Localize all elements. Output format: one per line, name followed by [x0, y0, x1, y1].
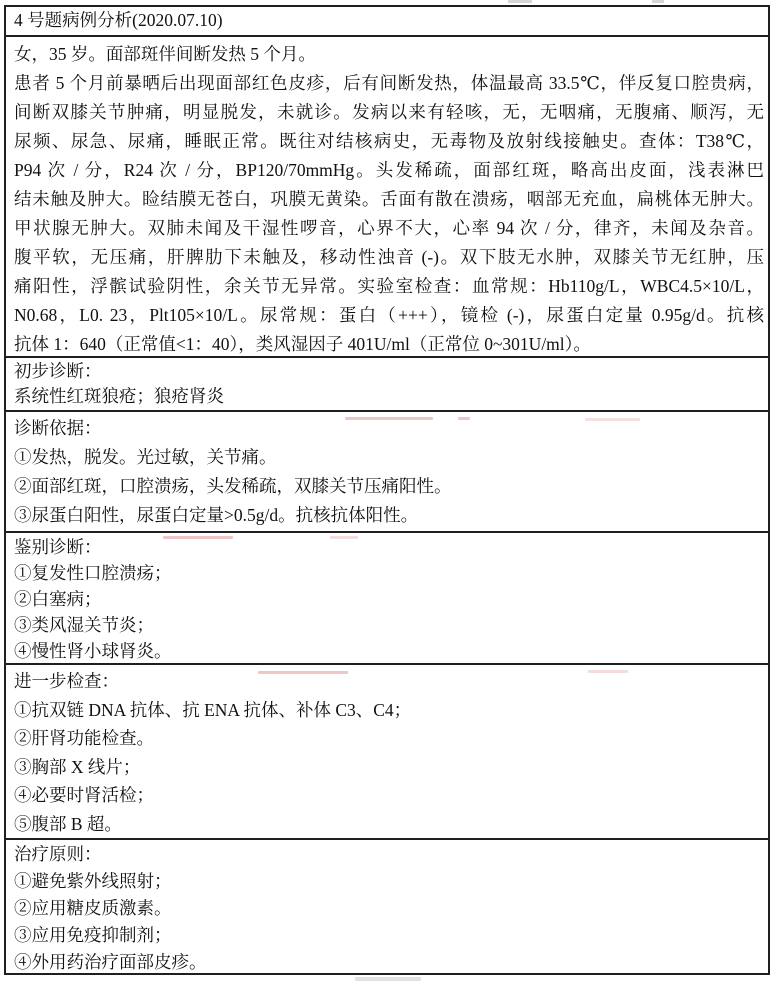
- document-title: 4 号题病例分析(2020.07.10): [14, 10, 223, 30]
- section-item: ③应用免疫抑制剂；: [14, 922, 764, 949]
- section-item: ③类风湿关节炎；: [14, 612, 764, 638]
- section-header: 鉴别诊断：: [14, 534, 764, 560]
- section-item: ②白塞病；: [14, 586, 764, 612]
- section-diagnostic-basis: 诊断依据：①发热，脱发。光过敏，关节痛。②面部红斑，口腔溃疡，头发稀疏，双膝关节…: [6, 410, 768, 531]
- scan-artifact: [258, 671, 348, 674]
- case-text-line: 尿频、尿急、尿痛，睡眠正常。既往对结核病史，无毒物及放射线接触史。查体：T38℃…: [14, 127, 764, 156]
- section-item: ②应用糖皮质激素。: [14, 895, 764, 922]
- case-text-line: 甲状腺无肿大。双肺未闻及干湿性啰音，心界不大，心率 94 次 / 分，律齐，未闻…: [14, 214, 764, 243]
- case-text-line: 间断双膝关节肿痛，明显脱发，未就诊。发病以来有轻咳，无，无咽痛，无腹痛、顺泻，无: [14, 98, 764, 127]
- scan-artifact: [585, 418, 640, 421]
- scan-artifact: [345, 417, 433, 420]
- scan-artifact: [355, 977, 421, 981]
- case-text-line: N0.68，L0. 23，Plt105×10/L。尿常规：蛋白（+++），镜检 …: [14, 301, 764, 330]
- scan-artifact: [163, 536, 233, 539]
- separator-gap: [600, 410, 760, 413]
- section-header: 初步诊断：: [14, 359, 764, 384]
- section-item: ④必要时肾活检；: [14, 781, 764, 810]
- case-text-line: 患者 5 个月前暴晒后出现面部红色皮疹，后有间断发热，体温最高 33.5℃，伴反…: [14, 69, 764, 98]
- section-header: 治疗原则：: [14, 841, 764, 868]
- scan-artifact: [588, 670, 628, 673]
- scan-artifact: [330, 536, 358, 539]
- section-item: ①避免紫外线照射；: [14, 868, 764, 895]
- section-item: ④慢性肾小球肾炎。: [14, 638, 764, 663]
- section-treatment-principles: 治疗原则：①避免紫外线照射；②应用糖皮质激素。③应用免疫抑制剂；④外用药治疗面部…: [6, 838, 768, 973]
- section-item: ③尿蛋白阳性，尿蛋白定量>0.5g/d。抗核抗体阳性。: [14, 501, 764, 530]
- case-text-line: 结未触及肿大。睑结膜无苍白，巩膜无黄染。舌面有散在溃疡，咽部无充血，扁桃体无肿大…: [14, 185, 764, 214]
- section-item: ①发热，脱发。光过敏，关节痛。: [14, 443, 764, 472]
- case-text-line: P94 次 / 分，R24 次 / 分，BP120/70mmHg。头发稀疏，面部…: [14, 156, 764, 185]
- scan-artifact: [508, 0, 532, 3]
- scan-artifact: [652, 0, 664, 3]
- section-further-examination: 进一步检查：①抗双链 DNA 抗体、抗 ENA 抗体、补体 C3、C4；②肝肾功…: [6, 663, 768, 838]
- case-document: 4 号题病例分析(2020.07.10) 女，35 岁。面部斑伴间断发热 5 个…: [4, 5, 770, 975]
- case-text-line: 女，35 岁。面部斑伴间断发热 5 个月。: [14, 40, 764, 69]
- section-item: ②肝肾功能检查。: [14, 724, 764, 753]
- section-item: ①复发性口腔溃疡；: [14, 560, 764, 586]
- section-header: 进一步检查：: [14, 667, 764, 696]
- scan-artifact: [458, 417, 470, 420]
- case-text-line: 抗体 1：640（正常值<1：40），类风湿因子 401U/ml（正常位 0~3…: [14, 330, 764, 356]
- section-item: 系统性红斑狼疮；狼疮肾炎: [14, 384, 764, 409]
- case-text-line: 腹平软，无压痛，肝脾肋下未触及，移动性浊音 (-)。双下肢无水肿，双膝关节无红肿…: [14, 243, 764, 272]
- case-text-line: 痛阳性，浮髌试验阴性，余关节无异常。实验室检查：血常规：Hb110g/L，WBC…: [14, 272, 764, 301]
- separator-gap: [600, 531, 760, 534]
- section-item: ③胸部 X 线片；: [14, 753, 764, 782]
- case-text: 女，35 岁。面部斑伴间断发热 5 个月。患者 5 个月前暴晒后出现面部红色皮疹…: [6, 35, 768, 356]
- section-item: ①抗双链 DNA 抗体、抗 ENA 抗体、补体 C3、C4；: [14, 696, 764, 725]
- separator-gap: [600, 838, 768, 841]
- section-preliminary-diagnosis: 初步诊断：系统性红斑狼疮；狼疮肾炎: [6, 356, 768, 410]
- section-item: ⑤腹部 B 超。: [14, 810, 764, 839]
- section-item: ②面部红斑，口腔溃疡，头发稀疏，双膝关节压痛阳性。: [14, 472, 764, 501]
- title-row: 4 号题病例分析(2020.07.10): [6, 7, 768, 35]
- scanned-case-document-page: 4 号题病例分析(2020.07.10) 女，35 岁。面部斑伴间断发热 5 个…: [0, 0, 780, 982]
- section-differential-diagnosis: 鉴别诊断：①复发性口腔溃疡；②白塞病；③类风湿关节炎；④慢性肾小球肾炎。: [6, 531, 768, 663]
- section-item: ④外用药治疗面部皮疹。: [14, 949, 764, 973]
